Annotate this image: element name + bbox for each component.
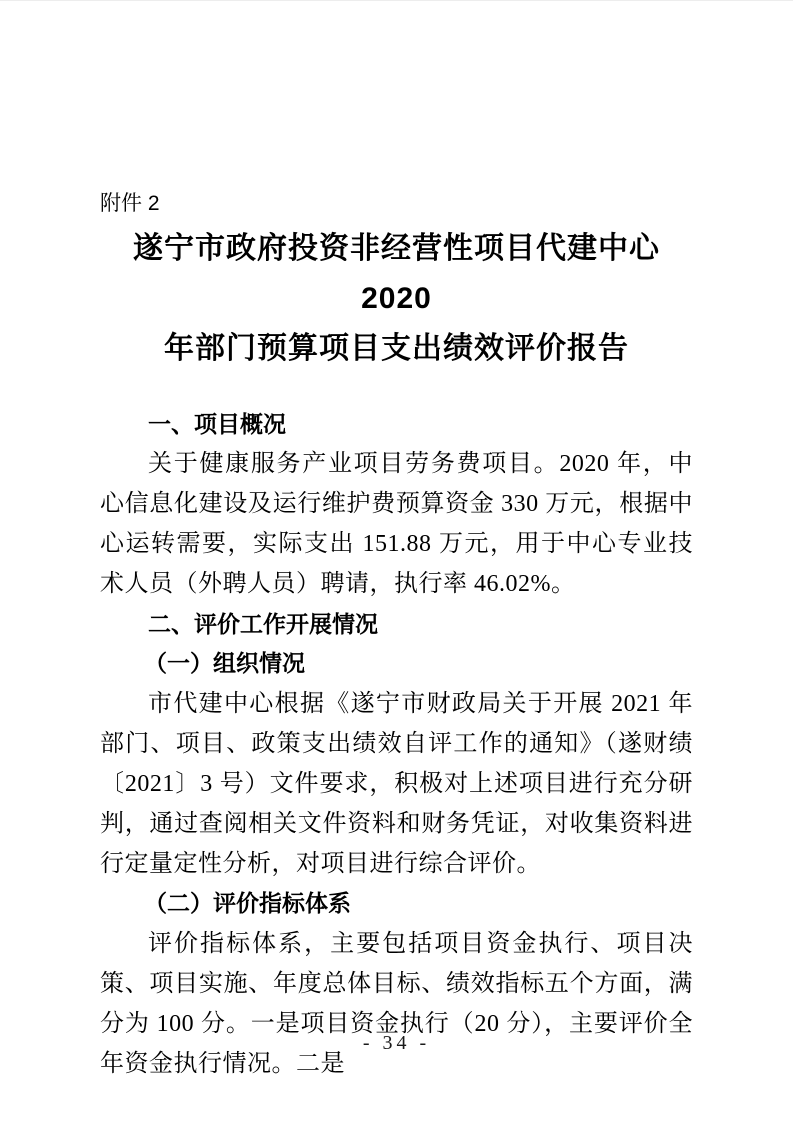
document-page: 附件 2 遂宁市政府投资非经营性项目代建中心 2020 年部门预算项目支出绩效评… [0, 0, 793, 1122]
subsection-2-2-paragraph: 评价指标体系，主要包括项目资金执行、项目决策、项目实施、年度总体目标、绩效指标五… [100, 924, 693, 1084]
section-2-heading: 二、评价工作开展情况 [100, 604, 693, 644]
subsection-2-1-heading: （一）组织情况 [100, 644, 693, 684]
document-title-line-2: 年部门预算项目支出绩效评价报告 [100, 324, 693, 374]
document-title: 遂宁市政府投资非经营性项目代建中心 2020 年部门预算项目支出绩效评价报告 [100, 224, 693, 374]
section-1-heading: 一、项目概况 [100, 404, 693, 444]
document-title-line-1: 遂宁市政府投资非经营性项目代建中心 2020 [100, 224, 693, 324]
subsection-2-2-heading: （二）评价指标体系 [100, 884, 693, 924]
section-1-paragraph: 关于健康服务产业项目劳务费项目。2020 年，中心信息化建设及运行维护费预算资金… [100, 444, 693, 604]
attachment-label: 附件 2 [100, 184, 693, 224]
page-number: - 34 - [0, 1029, 793, 1057]
subsection-2-1-paragraph: 市代建中心根据《遂宁市财政局关于开展 2021 年部门、项目、政策支出绩效自评工… [100, 684, 693, 884]
